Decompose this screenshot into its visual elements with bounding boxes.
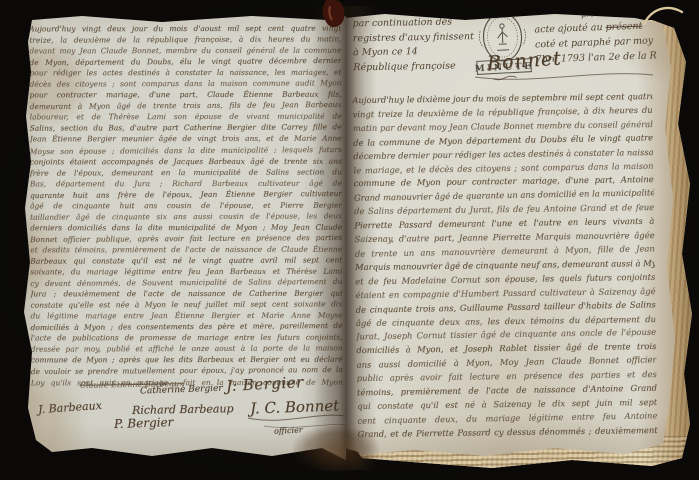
binding-thread-mark [318,0,352,32]
struck-word: présent [605,21,642,33]
left-page: Aujourd'huy vingt deux jour du mois d'ao… [22,12,346,460]
signature-flourish [473,68,659,86]
binding-glue-stain [293,426,379,472]
scanned-register-spread: Aujourd'huy vingt deux jour du mois d'ao… [0,0,699,480]
signature: P. Bergier [114,415,174,431]
loose-thread [640,2,686,28]
signature: Richard Barbeaup [132,402,234,417]
right-page-text: Aujourd'huy le dixième jour du mois de s… [352,90,657,442]
right-page: par continuation desregistres d'auxy fin… [345,8,677,460]
signature: J. Barbeaux [38,399,103,416]
signature: J: Bergier [226,373,305,395]
signature-block: Catherine BergierJ: BergierJ. BarbeauxRi… [22,12,346,460]
interlinear-note: premier [581,8,614,19]
signature: Catherine Bergier [140,384,223,397]
